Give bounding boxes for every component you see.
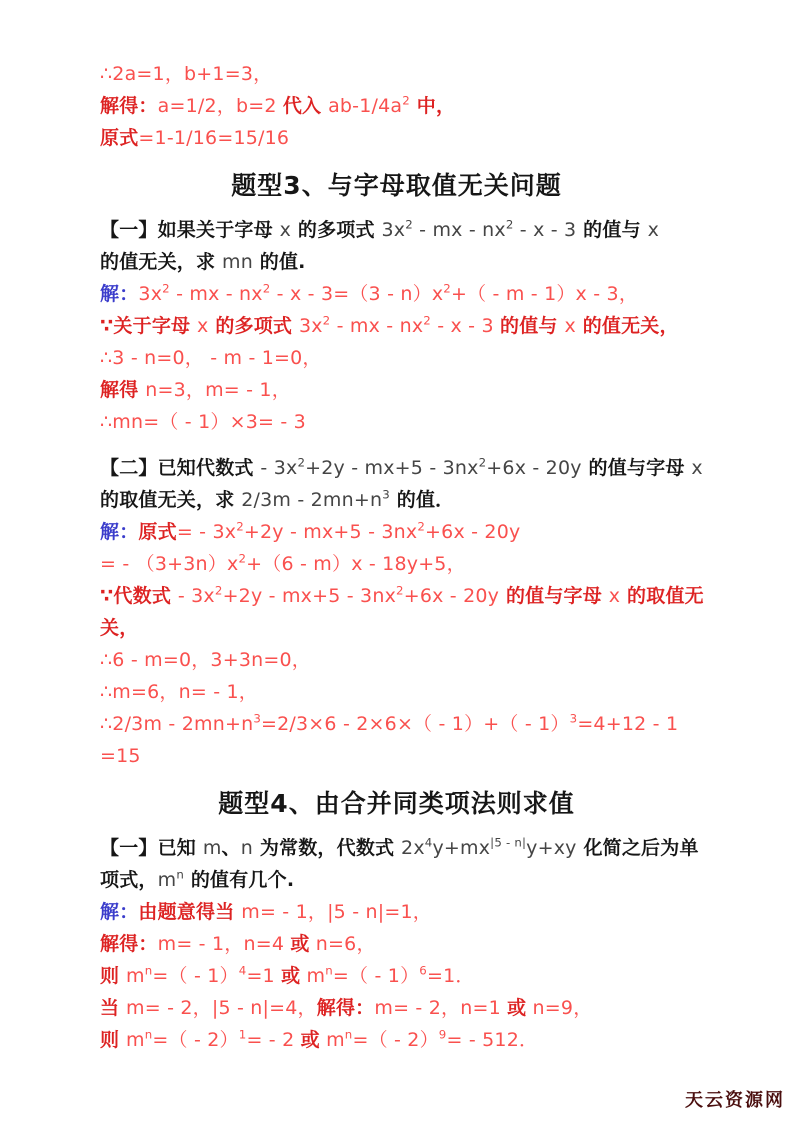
- text-segment: 的值有几个.: [184, 869, 294, 891]
- text-segment: = - 2: [246, 1029, 300, 1051]
- text-segment: 的值无关，求: [100, 251, 222, 273]
- text-segment: x: [609, 585, 620, 607]
- text-line: 的取值无关，求 2/3m - 2mn+n3 的值．: [100, 484, 733, 516]
- text-line: 【一】已知 m、n 为常数，代数式 2x4y+mx|5 - n|y+xy 化简之…: [100, 832, 733, 864]
- text-segment: m= - 1，n=4: [158, 933, 291, 955]
- text-line: 原式=1-1/16=15/16: [100, 122, 733, 154]
- text-segment: n: [241, 837, 253, 859]
- section-heading: 题型4、由合并同类项法则求值: [100, 784, 693, 824]
- text-segment: 当: [100, 997, 126, 1019]
- text-segment: n=6，: [310, 933, 376, 955]
- text-line: 解：由题意得当 m= - 1，|5 - n|=1，: [100, 896, 733, 928]
- text-segment: a=1/2，b=2: [158, 95, 283, 117]
- text-segment: =1: [246, 965, 281, 987]
- text-segment: 则: [100, 965, 126, 987]
- text-line: 解得 n=3，m= - 1，: [100, 374, 733, 406]
- text-segment: 【一】如果关于字母: [100, 219, 280, 241]
- text-segment: = - 512．: [446, 1029, 538, 1051]
- text-segment: 解得: [100, 379, 145, 401]
- superscript: 6: [419, 964, 427, 978]
- text-line: ∴mn=（ - 1）×3= - 3: [100, 406, 733, 438]
- text-segment: 【一】已知: [100, 837, 203, 859]
- text-segment: 3x: [138, 283, 162, 305]
- text-segment: m= - 2，n=1: [374, 997, 507, 1019]
- text-segment: 项式，: [100, 869, 158, 891]
- text-segment: ∴3 - n=0， - m - 1=0，: [100, 347, 322, 369]
- document-body: ∴2a=1，b+1=3，解得：a=1/2，b=2 代入 ab-1/4a2 中，原…: [0, 0, 793, 1056]
- text-segment: =（ - 1）: [333, 965, 419, 987]
- page: ∴2a=1，b+1=3，解得：a=1/2，b=2 代入 ab-1/4a2 中，原…: [0, 0, 793, 1122]
- text-segment: +6x - 20y: [404, 585, 499, 607]
- text-segment: 解得：: [317, 997, 375, 1019]
- text-line: 解得：a=1/2，b=2 代入 ab-1/4a2 中，: [100, 90, 733, 122]
- text-segment: 代入: [283, 95, 328, 117]
- superscript: 2: [417, 520, 425, 534]
- superscript: 2: [162, 282, 170, 296]
- superscript: 3: [382, 488, 390, 502]
- text-segment: 则: [100, 1029, 126, 1051]
- superscript: 2: [236, 520, 244, 534]
- text-line: 关，: [100, 612, 733, 644]
- text-segment: 的值与字母: [499, 585, 609, 607]
- text-line: ∵关于字母 x 的多项式 3x2 - mx - nx2 - x - 3 的值与 …: [100, 310, 733, 342]
- text-line: 则 mn=（ - 1）4=1 或 mn=（ - 1）6=1．: [100, 960, 733, 992]
- text-segment: 原式: [100, 127, 138, 149]
- text-line: 【二】已知代数式 - 3x2+2y - mx+5 - 3nx2+6x - 20y…: [100, 452, 733, 484]
- superscript: 2: [405, 218, 413, 232]
- text-line: = - （3+3n）x2+（6 - m）x - 18y+5，: [100, 548, 733, 580]
- text-segment: 的值.: [253, 251, 306, 273]
- text-segment: x: [197, 315, 208, 337]
- section-heading: 题型3、与字母取值无关问题: [100, 166, 693, 206]
- text-segment: 解：: [100, 521, 138, 543]
- text-segment: = - 3x: [177, 521, 236, 543]
- text-segment: m: [158, 869, 177, 891]
- text-line: ∴3 - n=0， - m - 1=0，: [100, 342, 733, 374]
- text-segment: m: [203, 837, 222, 859]
- text-segment: +（ - m - 1）x - 3，: [451, 283, 638, 305]
- text-segment: - x - 3: [514, 219, 577, 241]
- text-segment: m: [320, 1029, 345, 1051]
- superscript: 2: [297, 456, 305, 470]
- text-segment: 解：: [100, 283, 138, 305]
- text-segment: m: [126, 1029, 145, 1051]
- text-segment: 的值无关，: [576, 315, 679, 337]
- text-segment: 或: [281, 965, 300, 987]
- text-segment: = - （3+3n）x: [100, 553, 238, 575]
- superscript: 2: [238, 552, 246, 566]
- text-segment: =（ - 2）: [352, 1029, 438, 1051]
- text-segment: +6x - 20y: [425, 521, 520, 543]
- superscript: n: [176, 868, 184, 882]
- text-segment: m= - 2，|5 - n|=4，: [126, 997, 317, 1019]
- text-segment: ∴6 - m=0，3+3n=0，: [100, 649, 311, 671]
- text-line: ∴2/3m - 2mn+n3=2/3×6 - 2×6×（ - 1）+（ - 1）…: [100, 708, 733, 740]
- superscript: 2: [215, 584, 223, 598]
- text-segment: ab-1/4a: [328, 95, 402, 117]
- text-segment: 2x: [401, 837, 425, 859]
- superscript: 2: [396, 584, 404, 598]
- text-segment: ∴mn=（ - 1）×3= - 3: [100, 411, 306, 433]
- text-segment: 的值与: [500, 315, 564, 337]
- text-segment: y+mx: [432, 837, 490, 859]
- superscript: n: [325, 964, 333, 978]
- superscript: |5 - n|: [490, 836, 526, 850]
- text-segment: 、: [222, 837, 241, 859]
- text-segment: ∵关于字母: [100, 315, 197, 337]
- spacer: [100, 438, 733, 452]
- text-segment: 化简之后为单: [577, 837, 699, 859]
- text-segment: 解得：: [100, 933, 158, 955]
- text-segment: x: [648, 219, 659, 241]
- text-segment: +（6 - m）x - 18y+5，: [246, 553, 466, 575]
- text-segment: - 3x: [260, 457, 297, 479]
- text-segment: - x - 3=（3 - n）x: [270, 283, 443, 305]
- text-segment: =1．: [427, 965, 475, 987]
- text-segment: ∴2a=1，b+1=3，: [100, 63, 272, 85]
- text-segment: x: [280, 219, 291, 241]
- text-segment: - mx - nx: [170, 283, 263, 305]
- text-segment: - mx - nx: [413, 219, 506, 241]
- text-line: 解：原式= - 3x2+2y - mx+5 - 3nx2+6x - 20y: [100, 516, 733, 548]
- text-segment: 2/3m - 2mn+n: [241, 489, 382, 511]
- watermark: 天云资源网: [685, 1086, 785, 1112]
- text-segment: 中，: [410, 95, 455, 117]
- text-segment: =1-1/16=15/16: [138, 127, 289, 149]
- text-segment: 或: [290, 933, 309, 955]
- text-line: ∴m=6，n= - 1，: [100, 676, 733, 708]
- superscript: 2: [443, 282, 451, 296]
- text-segment: y+xy: [526, 837, 576, 859]
- superscript: 2: [402, 94, 410, 108]
- text-segment: 解：: [100, 901, 138, 923]
- text-segment: m: [126, 965, 145, 987]
- text-segment: x: [564, 315, 575, 337]
- superscript: 2: [423, 314, 431, 328]
- text-segment: 原式: [138, 521, 176, 543]
- text-segment: - mx - nx: [330, 315, 423, 337]
- text-segment: n=9，: [526, 997, 592, 1019]
- text-segment: =（ - 1）: [152, 965, 238, 987]
- text-line: ∵代数式 - 3x2+2y - mx+5 - 3nx2+6x - 20y 的值与…: [100, 580, 733, 612]
- text-segment: m: [300, 965, 325, 987]
- text-segment: m= - 1，|5 - n|=1，: [241, 901, 432, 923]
- text-segment: 3x: [382, 219, 406, 241]
- text-segment: ∵代数式: [100, 585, 178, 607]
- superscript: 3: [253, 712, 261, 726]
- text-segment: 3x: [299, 315, 323, 337]
- text-line: 【一】如果关于字母 x 的多项式 3x2 - mx - nx2 - x - 3 …: [100, 214, 733, 246]
- text-line: 解得：m= - 1，n=4 或 n=6，: [100, 928, 733, 960]
- text-line: 的值无关，求 mn 的值.: [100, 246, 733, 278]
- text-segment: - x - 3: [431, 315, 500, 337]
- text-segment: =2/3×6 - 2×6×（ - 1）+（ - 1）: [261, 713, 570, 735]
- text-segment: 【二】已知代数式: [100, 457, 260, 479]
- text-segment: 的多项式: [209, 315, 299, 337]
- text-segment: 关，: [100, 617, 138, 639]
- text-line: ∴2a=1，b+1=3，: [100, 58, 733, 90]
- text-segment: 的值与字母: [582, 457, 692, 479]
- text-segment: ∴2/3m - 2mn+n: [100, 713, 253, 735]
- text-segment: 由题意得当: [138, 901, 241, 923]
- text-segment: ∴m=6，n= - 1，: [100, 681, 258, 703]
- text-line: ∴6 - m=0，3+3n=0，: [100, 644, 733, 676]
- text-segment: 或: [507, 997, 526, 1019]
- superscript: 2: [506, 218, 514, 232]
- text-line: 当 m= - 2，|5 - n|=4，解得：m= - 2，n=1 或 n=9，: [100, 992, 733, 1024]
- text-line: 解：3x2 - mx - nx2 - x - 3=（3 - n）x2+（ - m…: [100, 278, 733, 310]
- text-segment: - 3x: [178, 585, 215, 607]
- text-segment: +2y - mx+5 - 3nx: [223, 585, 396, 607]
- text-segment: 或: [301, 1029, 320, 1051]
- text-segment: =（ - 2）: [152, 1029, 238, 1051]
- text-segment: x: [691, 457, 702, 479]
- text-segment: 的取值无关，求: [100, 489, 241, 511]
- text-segment: 为常数，代数式: [253, 837, 401, 859]
- text-line: =15: [100, 740, 733, 772]
- text-segment: 的值．: [390, 489, 454, 511]
- text-segment: 的取值无: [620, 585, 704, 607]
- text-segment: +6x - 20y: [486, 457, 581, 479]
- text-segment: 的多项式: [291, 219, 381, 241]
- text-segment: =4+12 - 1: [577, 713, 678, 735]
- text-segment: 解得：: [100, 95, 158, 117]
- text-segment: 的值与: [576, 219, 647, 241]
- text-line: 则 mn=（ - 2）1= - 2 或 mn=（ - 2）9= - 512．: [100, 1024, 733, 1056]
- text-segment: n=3，m= - 1，: [145, 379, 291, 401]
- text-segment: +2y - mx+5 - 3nx: [305, 457, 478, 479]
- text-segment: =15: [100, 745, 141, 767]
- text-segment: mn: [222, 251, 253, 273]
- text-segment: +2y - mx+5 - 3nx: [244, 521, 417, 543]
- text-line: 项式，mn 的值有几个.: [100, 864, 733, 896]
